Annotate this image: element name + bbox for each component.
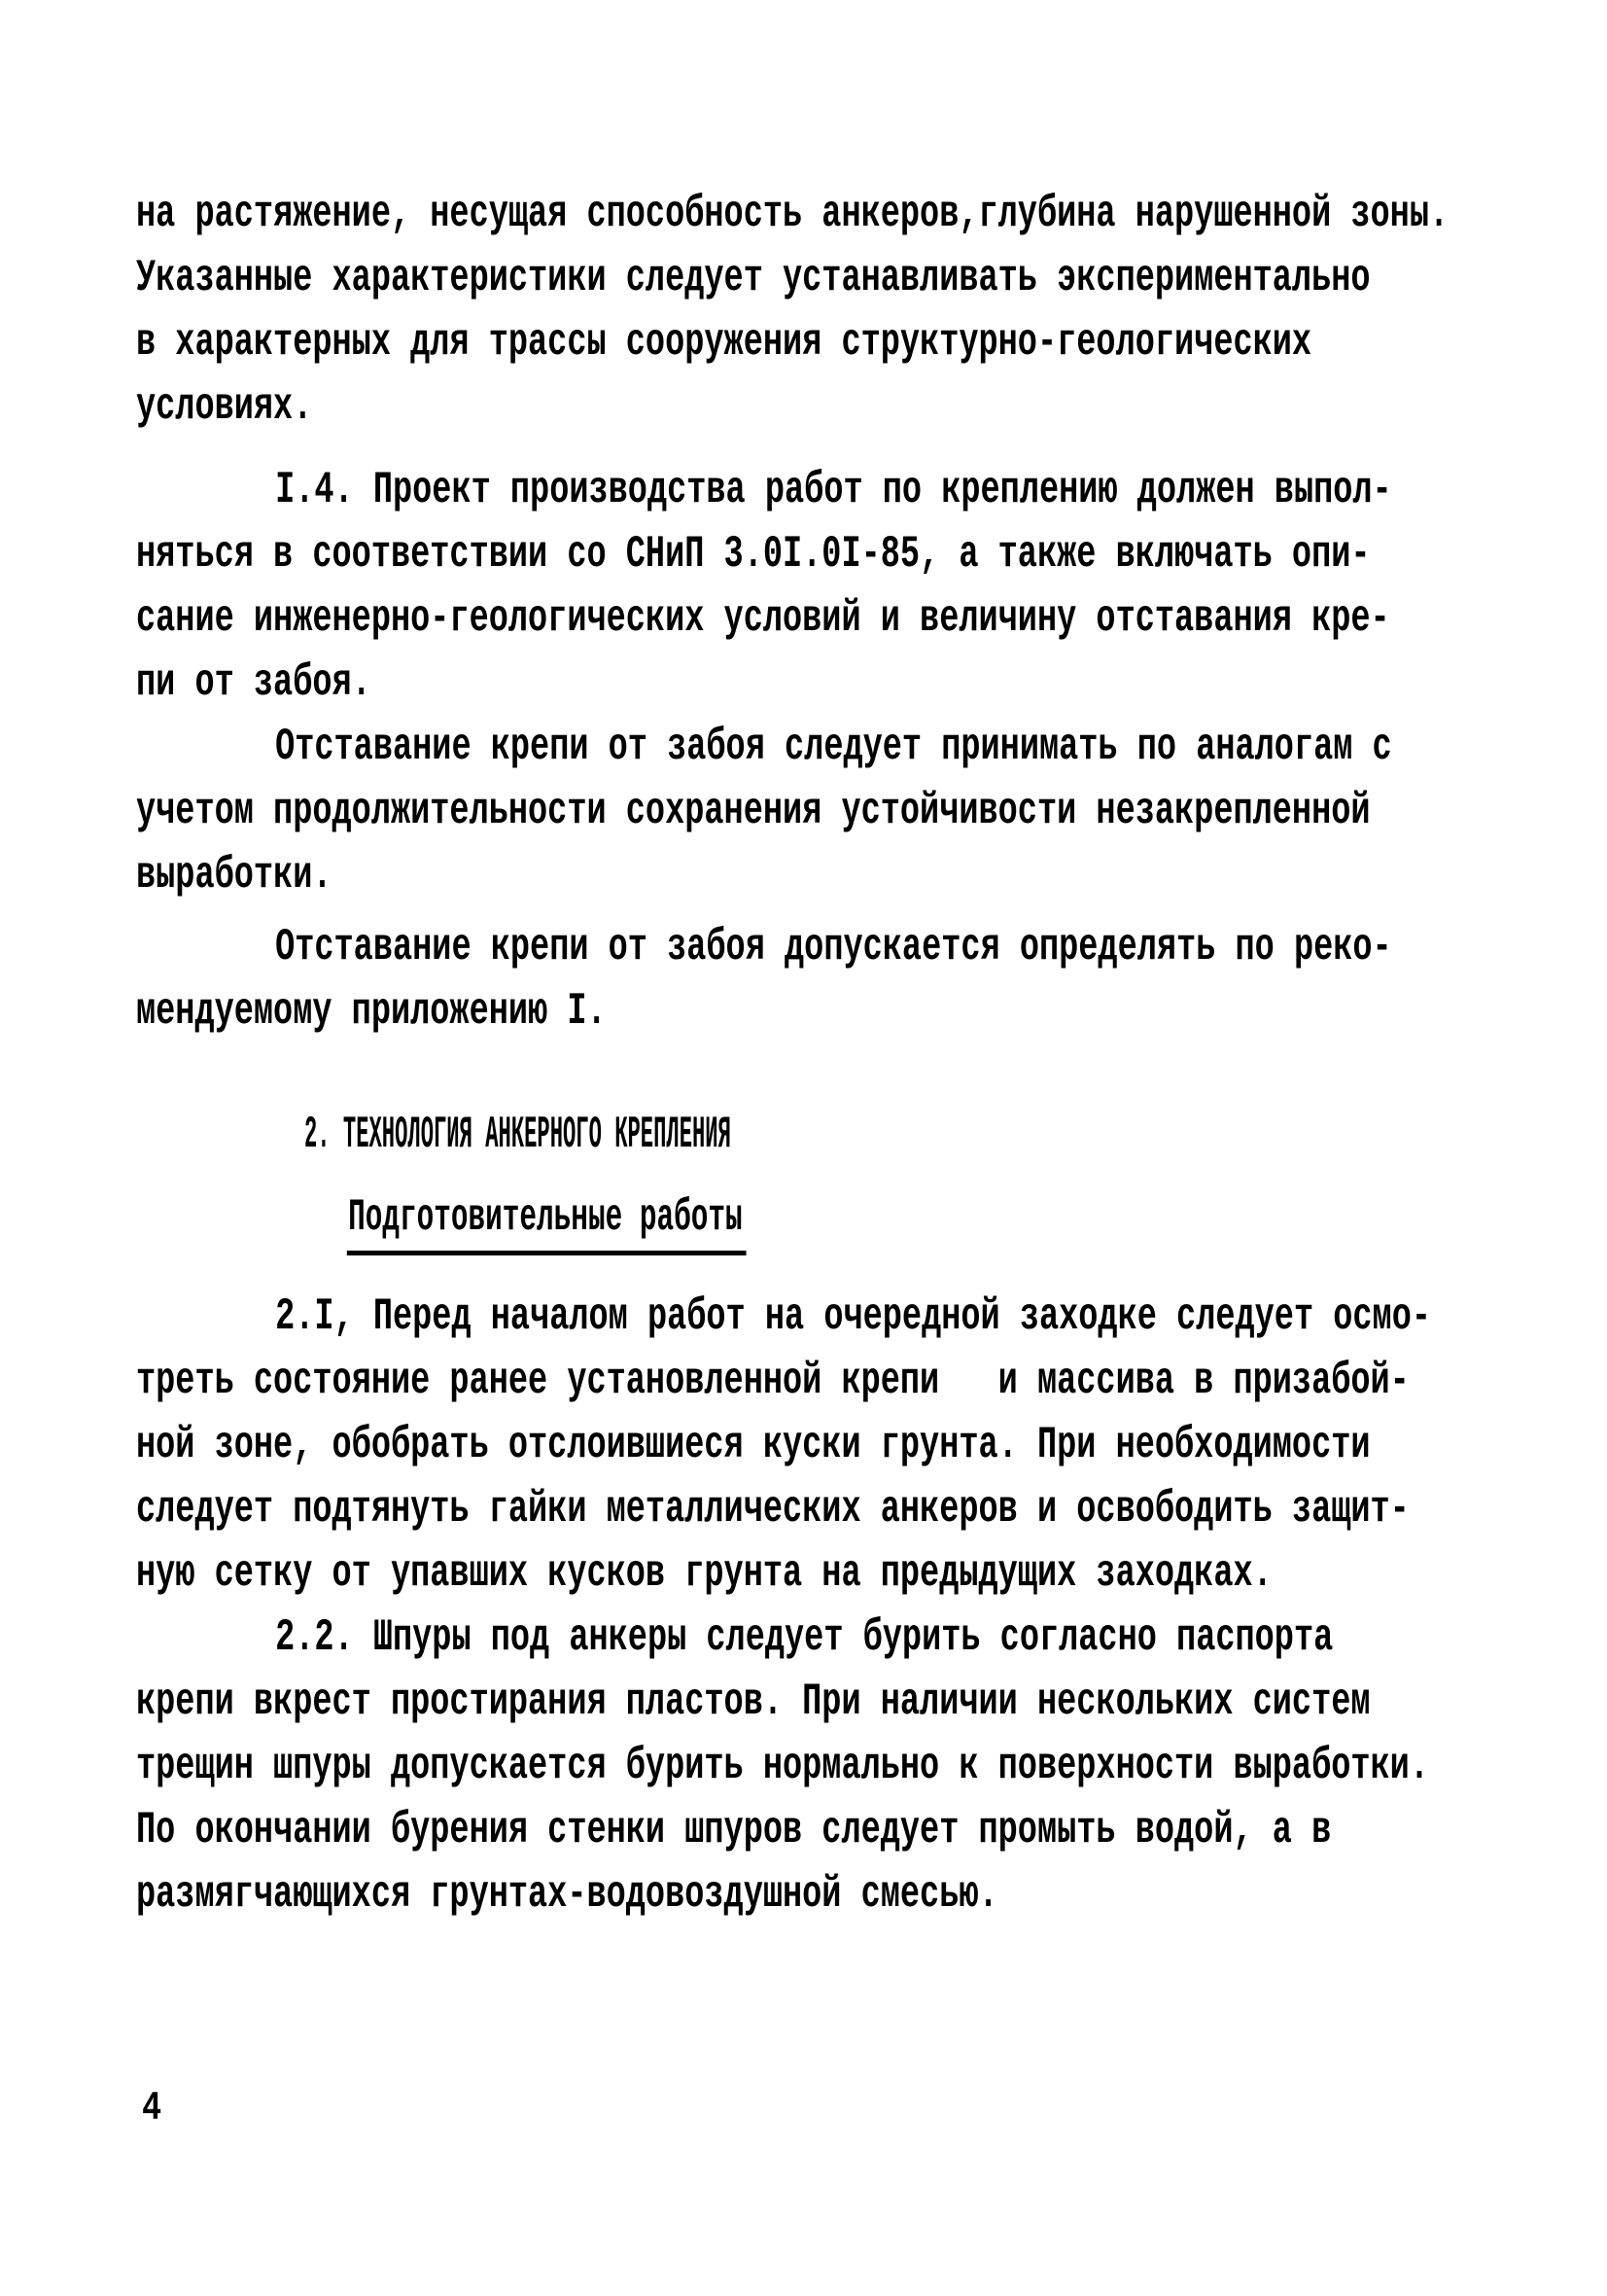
text-line: пи от забоя. — [136, 651, 1506, 715]
document-body: на растяжение, несущая способность анкер… — [136, 182, 1506, 1926]
text-line: 2.I, Перед началом работ на очередной за… — [136, 1285, 1506, 1349]
text-line: Отставание крепи от забоя допускается оп… — [136, 915, 1506, 979]
text-line: Указанные характеристики следует устанав… — [136, 246, 1506, 310]
subsection-heading: Подготовительные работы — [347, 1185, 747, 1255]
paragraph: Отставание крепи от забоя допускается оп… — [136, 915, 1506, 1043]
paragraph: на растяжение, несущая способность анкер… — [136, 182, 1506, 439]
text-line: треть состояние ранее установленной креп… — [136, 1349, 1506, 1413]
text-line: выработки. — [136, 843, 1506, 907]
section-heading-row: 2. ТЕХНОЛОГИЯ АНКЕРНОГО КРЕПЛЕНИЯ — [304, 1103, 1506, 1167]
scanned-document-page: на растяжение, несущая способность анкер… — [0, 0, 1607, 2296]
text-line: размягчающихся грунтах-водовоздушной сме… — [136, 1862, 1506, 1926]
paragraph: Отставание крепи от забоя следует приним… — [136, 715, 1506, 907]
text-line: условиях. — [136, 374, 1506, 439]
text-line: следует подтянуть гайки металлических ан… — [136, 1477, 1506, 1541]
text-line: Отставание крепи от забоя следует приним… — [136, 715, 1506, 779]
text-line: няться в соответствии со СНиП 3.0I.0I-85… — [136, 522, 1506, 586]
text-line: мендуемому приложению I. — [136, 979, 1506, 1043]
text-line: в характерных для трассы сооружения стру… — [136, 310, 1506, 374]
page-number: 4 — [142, 2085, 161, 2132]
text-line: ной зоне, обобрать отслоившиеся куски гр… — [136, 1413, 1506, 1477]
text-line: на растяжение, несущая способность анкер… — [136, 182, 1506, 246]
text-line: ную сетку от упавших кусков грунта на пр… — [136, 1541, 1506, 1606]
paragraph: 2.2. Шпуры под анкеры следует бурить сог… — [136, 1606, 1506, 1926]
paragraph: 2.I, Перед началом работ на очередной за… — [136, 1285, 1506, 1606]
text-line: По окончании бурения стенки шпуров следу… — [136, 1798, 1506, 1862]
subsection-heading-row: Подготовительные работы — [347, 1185, 1506, 1250]
section-heading: 2. ТЕХНОЛОГИЯ АНКЕРНОГО КРЕПЛЕНИЯ — [304, 1103, 731, 1167]
text-line: I.4. Проект производства работ по крепле… — [136, 458, 1506, 522]
text-line: трещин шпуры допускается бурить нормальн… — [136, 1734, 1506, 1798]
text-line: сание инженерно-геологических условий и … — [136, 586, 1506, 651]
paragraph: I.4. Проект производства работ по крепле… — [136, 458, 1506, 715]
text-line: 2.2. Шпуры под анкеры следует бурить сог… — [136, 1606, 1506, 1670]
text-line: учетом продолжительности сохранения усто… — [136, 779, 1506, 843]
text-line: крепи вкрест простирания пластов. При на… — [136, 1670, 1506, 1734]
